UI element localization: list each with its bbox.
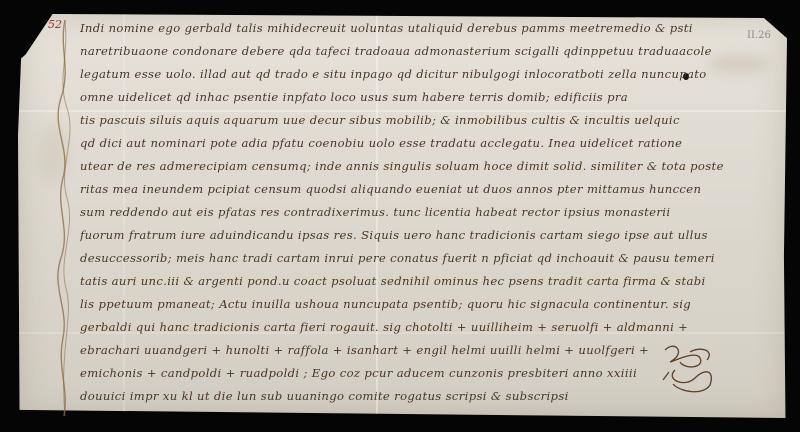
text-line: Indi nomine ego gerbald talis mihidecreu… <box>80 17 760 40</box>
text-line: omne uidelicet qd inhac psentie inpfato … <box>80 86 760 109</box>
text-line: naretribuaone condonare debere qda tafec… <box>80 40 760 63</box>
text-line: legatum esse uolo. illad aut qd trado e … <box>80 63 760 86</box>
text-line: lis ppetuum pmaneat; Actu inuilla ushoua… <box>80 293 760 316</box>
notarial-signature-icon <box>655 340 725 400</box>
text-line: sum reddendo aut eis pfatas res contradi… <box>80 201 760 224</box>
text-line: fuorum fratrum iure aduindicandu ipsas r… <box>80 224 760 247</box>
text-line: gerbaldi qui hanc tradicionis carta fier… <box>80 316 760 339</box>
margin-ruling-cord-icon <box>55 18 75 418</box>
text-line: qd dici aut nominari pote adia pfatu coe… <box>80 132 760 155</box>
text-line: tatis auri unc.iii & argenti pond.u coac… <box>80 270 760 293</box>
text-line: desuccessorib; meis hanc tradi cartam in… <box>80 247 760 270</box>
text-line: tis pascuis siluis aquis aquarum uue dec… <box>80 109 760 132</box>
folio-number: 52 <box>48 18 62 31</box>
text-line: utear de res admerecipiam censumq; inde … <box>80 155 760 178</box>
text-line: ritas mea ineundem pcipiat censum quodsi… <box>80 178 760 201</box>
